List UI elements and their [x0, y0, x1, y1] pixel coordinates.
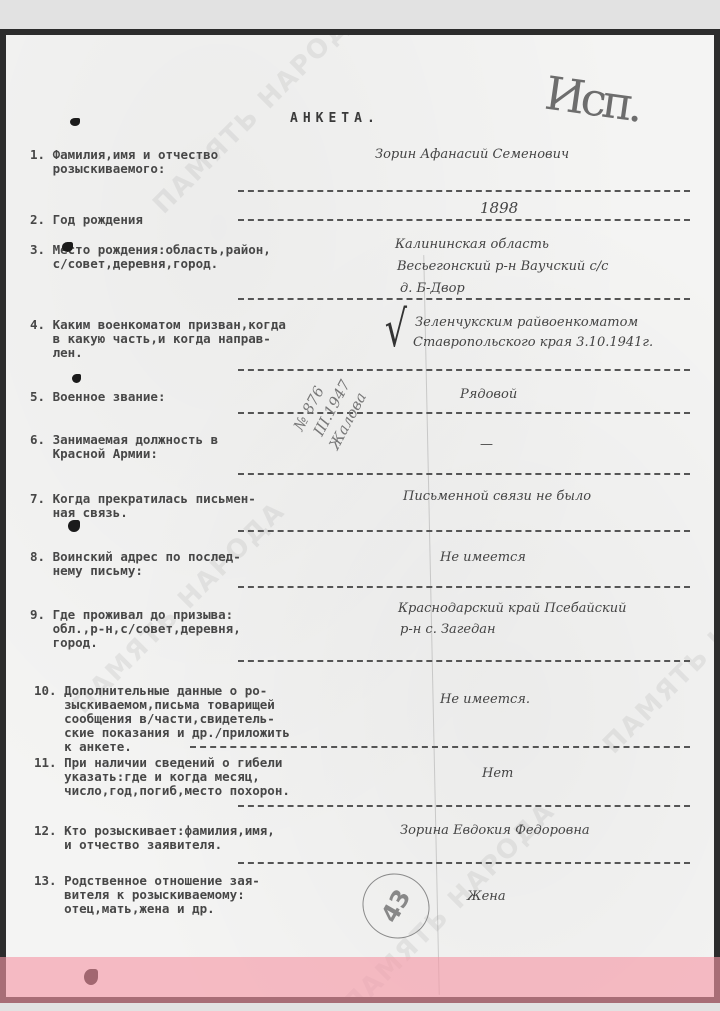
answer-line	[238, 369, 690, 371]
answer-2: 1898	[480, 200, 518, 217]
watermark: ПАМЯТЬ НАРОДА	[599, 537, 714, 758]
question-number: 3.	[30, 242, 45, 257]
question-number: 12.	[34, 823, 57, 838]
punch-hole-mark	[62, 242, 73, 252]
answer-3-line-2: Весьегонский р-н Ваучский с/с	[397, 258, 608, 275]
answer-11: Нет	[482, 765, 513, 782]
question-number: 2.	[30, 212, 45, 227]
answer-line	[238, 219, 690, 221]
question-number: 4.	[30, 317, 45, 332]
answer-10: Не имеется.	[440, 691, 530, 708]
answer-line	[238, 298, 690, 300]
answer-line	[238, 862, 690, 864]
check-mark: √	[385, 300, 407, 358]
question-label: Дополнительные данные о ро- зыскиваемом,…	[34, 683, 290, 754]
answer-line	[238, 190, 690, 192]
question-7: 7. Когда прекратилась письмен- ная связь…	[30, 492, 256, 520]
question-label: При наличии сведений о гибели указать:гд…	[34, 755, 290, 798]
question-6: 6. Занимаемая должность в Красной Армии:	[30, 433, 218, 461]
answer-4-line-2: Ставропольского края 3.10.1941г.	[413, 334, 653, 351]
answer-line	[238, 473, 690, 475]
answer-5: Рядовой	[460, 386, 517, 403]
question-label: Когда прекратилась письмен- ная связь.	[30, 491, 256, 520]
question-10: 10. Дополнительные данные о ро- зыскивае…	[34, 684, 290, 754]
answer-line	[238, 586, 690, 588]
question-9: 9. Где проживал до призыва: обл.,р-н,с/с…	[30, 608, 241, 650]
answer-3-line-1: Калининская область	[395, 236, 549, 253]
answer-1: Зорин Афанасий Семенович	[375, 146, 569, 163]
answer-7: Письменной связи не было	[403, 488, 591, 505]
question-13: 13. Родственное отношение зая- вителя к …	[34, 874, 260, 916]
question-label: Родственное отношение зая- вителя к розы…	[34, 873, 260, 916]
question-label: Каким военкоматом призван,когда в какую …	[30, 317, 286, 360]
punch-hole-mark	[68, 520, 80, 532]
punch-hole-mark	[72, 374, 81, 383]
question-number: 13.	[34, 873, 57, 888]
question-4: 4. Каким военкоматом призван,когда в как…	[30, 318, 286, 360]
answer-6: —	[480, 436, 493, 453]
question-2: 2. Год рождения	[30, 213, 143, 227]
answer-3-line-3: д. Б-Двор	[400, 280, 465, 297]
question-label: Фамилия,имя и отчество розыскиваемого:	[30, 147, 218, 176]
question-label: Воинский адрес по послед- нему письму:	[30, 549, 241, 578]
answer-9-line-1: Краснодарский край Псебайский	[398, 600, 627, 617]
answer-13: Жена	[467, 888, 506, 905]
question-number: 9.	[30, 607, 45, 622]
answer-line	[238, 660, 690, 662]
question-8: 8. Воинский адрес по послед- нему письму…	[30, 550, 241, 578]
question-number: 5.	[30, 389, 45, 404]
document-title: АНКЕТА.	[290, 111, 380, 126]
question-number: 10.	[34, 683, 57, 698]
highlight-band	[0, 957, 720, 1003]
question-label: Кто розыскивает:фамилия,имя, и отчество …	[34, 823, 275, 852]
bottom-margin	[0, 1003, 720, 1011]
question-1: 1. Фамилия,имя и отчество розыскиваемого…	[30, 148, 218, 176]
answer-12: Зорина Евдокия Федоровна	[400, 822, 590, 839]
answer-line	[238, 805, 690, 807]
answer-line	[238, 530, 690, 532]
answer-9-line-2: р-н с. Загедан	[400, 621, 496, 638]
question-label: Где проживал до призыва: обл.,р-н,с/сове…	[30, 607, 241, 650]
question-number: 7.	[30, 491, 45, 506]
answer-4-line-1: Зеленчукским райвоенкоматом	[415, 314, 638, 331]
question-11: 11. При наличии сведений о гибели указат…	[34, 756, 290, 798]
question-number: 8.	[30, 549, 45, 564]
question-number: 6.	[30, 432, 45, 447]
question-12: 12. Кто розыскивает:фамилия,имя, и отчес…	[34, 824, 275, 852]
answer-line	[190, 746, 690, 748]
question-label: Занимаемая должность в Красной Армии:	[30, 432, 218, 461]
punch-hole-mark	[70, 118, 80, 126]
question-number: 1.	[30, 147, 45, 162]
question-label: Военное звание:	[53, 389, 166, 404]
question-5: 5. Военное звание:	[30, 390, 165, 404]
question-number: 11.	[34, 755, 57, 770]
answer-8: Не имеется	[440, 549, 526, 566]
question-label: Год рождения	[53, 212, 143, 227]
